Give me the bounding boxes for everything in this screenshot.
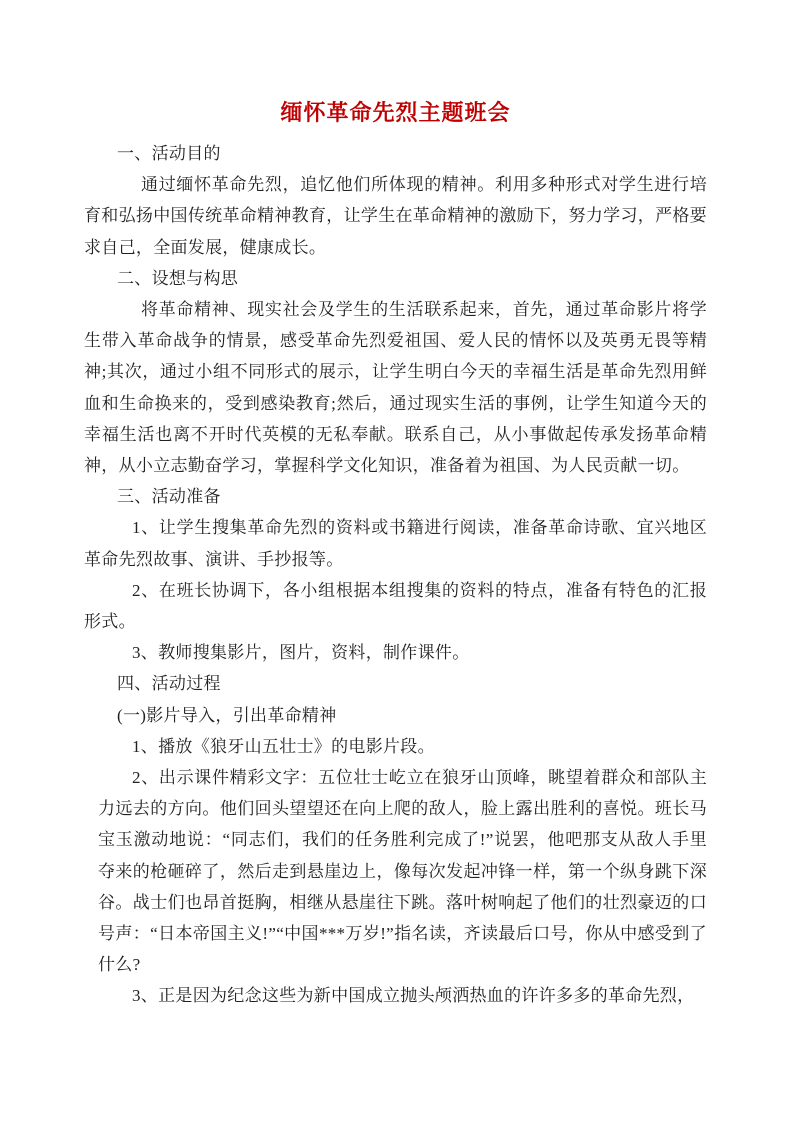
document-page: 缅怀革命先烈主题班会 一、活动目的 通过缅怀革命先烈，追忆他们所体现的精神。利用…	[0, 0, 793, 1122]
document-body: 一、活动目的 通过缅怀革命先烈，追忆他们所体现的精神。利用多种形式对学生进行培育…	[84, 138, 707, 1012]
document-title: 缅怀革命先烈主题班会	[84, 96, 707, 129]
list-item: 1、播放《狼牙山五壮士》的电影片段。	[84, 731, 707, 762]
list-item: 1、让学生搜集革命先烈的资料或书籍进行阅读，准备革命诗歌、宜兴地区革命先烈故事、…	[84, 512, 707, 574]
body-paragraph: 将革命精神、现实社会及学生的生活联系起来，首先，通过革命影片将学生带入革命战争的…	[84, 294, 707, 481]
document-title-text: 缅怀革命先烈主题班会	[280, 100, 510, 125]
sub-section-heading: (一)影片导入，引出革命精神	[84, 700, 707, 731]
body-paragraph: 通过缅怀革命先烈，追忆他们所体现的精神。利用多种形式对学生进行培育和弘扬中国传统…	[84, 169, 707, 263]
list-item: 2、出示课件精彩文字：五位壮士屹立在狼牙山顶峰，眺望着群众和部队主力远去的方向。…	[84, 762, 707, 980]
list-item: 3、正是因为纪念这些为新中国成立抛头颅洒热血的许许多多的革命先烈，	[84, 980, 707, 1011]
section-heading: 一、活动目的	[84, 138, 707, 169]
list-item: 2、在班长协调下，各小组根据本组搜集的资料的特点，准备有特色的汇报形式。	[84, 575, 707, 637]
list-item: 3、教师搜集影片，图片，资料，制作课件。	[84, 637, 707, 668]
section-heading: 三、活动准备	[84, 481, 707, 512]
section-heading: 四、活动过程	[84, 668, 707, 699]
section-heading: 二、设想与构思	[84, 263, 707, 294]
